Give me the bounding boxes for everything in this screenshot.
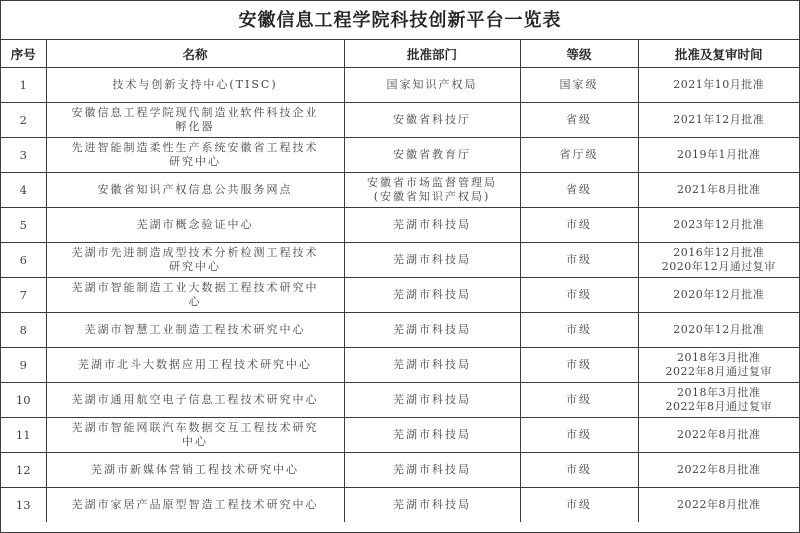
cell-dept: 芜湖市科技局 [344,488,520,523]
cell-level: 省级 [520,103,638,138]
cell-name-line: 中心 [49,435,342,449]
cell-level: 市级 [520,488,638,523]
cell-time: 2020年12月批准 [638,313,799,348]
cell-name-line: 先进智能制造柔性生产系统安徽省工程技术 [49,141,342,155]
cell-level: 市级 [520,418,638,453]
cell-dept-line: 芜湖市科技局 [347,218,518,232]
cell-dept: 芜湖市科技局 [344,453,520,488]
cell-dept-line: 芜湖市科技局 [347,288,518,302]
cell-name-line: 芜湖市新媒体营销工程技术研究中心 [49,463,342,477]
table-row: 4安徽省知识产权信息公共服务网点安徽省市场监督管理局(安徽省知识产权局)省级20… [1,173,799,208]
cell-time-line: 2022年8月批准 [641,498,798,512]
cell-name-line: 芜湖市先进制造成型技术分析检测工程技术 [49,246,342,260]
cell-dept: 芜湖市科技局 [344,313,520,348]
cell-time-line: 2016年12月批准 [641,246,798,260]
cell-time: 2019年1月批准 [638,138,799,173]
cell-no: 2 [1,103,46,138]
cell-name-line: 研究中心 [49,260,342,274]
cell-name-line: 安徽信息工程学院现代制造业软件科技企业 [49,106,342,120]
cell-level: 国家级 [520,68,638,103]
table-row: 2安徽信息工程学院现代制造业软件科技企业孵化器安徽省科技厅省级2021年12月批… [1,103,799,138]
cell-dept-line: 安徽省市场监督管理局 [347,176,518,190]
cell-no: 9 [1,348,46,383]
platform-table: 序号 名称 批准部门 等级 批准及复审时间 1技术与创新支持中心(TISC)国家… [1,40,799,522]
cell-dept-line: 安徽省教育厅 [347,148,518,162]
cell-time-line: 2018年3月批准 [641,386,798,400]
header-name: 名称 [46,40,344,68]
cell-dept-line: 安徽省科技厅 [347,113,518,127]
cell-name-line: 芜湖市家居产品原型智造工程技术研究中心 [49,498,342,512]
cell-name-line: 心 [49,295,342,309]
cell-level: 市级 [520,383,638,418]
header-dept: 批准部门 [344,40,520,68]
cell-name-line: 安徽省知识产权信息公共服务网点 [49,183,342,197]
platform-list-sheet: 安徽信息工程学院科技创新平台一览表 序号 名称 批准部门 等级 批准及复审时间 … [0,0,800,533]
cell-time-line: 2020年12月通过复审 [641,260,798,274]
table-row: 6芜湖市先进制造成型技术分析检测工程技术研究中心芜湖市科技局市级2016年12月… [1,243,799,278]
cell-time: 2022年8月批准 [638,488,799,523]
cell-time-line: 2021年10月批准 [641,78,798,92]
table-row: 5芜湖市概念验证中心芜湖市科技局市级2023年12月批准 [1,208,799,243]
cell-name: 芜湖市智慧工业制造工程技术研究中心 [46,313,344,348]
cell-level: 省级 [520,173,638,208]
cell-time: 2022年8月批准 [638,453,799,488]
table-row: 11芜湖市智能网联汽车数据交互工程技术研究中心芜湖市科技局市级2022年8月批准 [1,418,799,453]
cell-time: 2020年12月批准 [638,278,799,313]
cell-time-line: 2022年8月通过复审 [641,400,798,414]
cell-name: 芜湖市概念验证中心 [46,208,344,243]
cell-name: 安徽信息工程学院现代制造业软件科技企业孵化器 [46,103,344,138]
cell-dept-line: 芜湖市科技局 [347,358,518,372]
cell-dept-line: 国家知识产权局 [347,78,518,92]
table-row: 9芜湖市北斗大数据应用工程技术研究中心芜湖市科技局市级2018年3月批准2022… [1,348,799,383]
header-time: 批准及复审时间 [638,40,799,68]
cell-name: 芜湖市智能制造工业大数据工程技术研究中心 [46,278,344,313]
cell-name: 芜湖市通用航空电子信息工程技术研究中心 [46,383,344,418]
cell-name-line: 芜湖市智能制造工业大数据工程技术研究中 [49,281,342,295]
cell-dept: 芜湖市科技局 [344,278,520,313]
cell-time: 2022年8月批准 [638,418,799,453]
cell-name: 芜湖市家居产品原型智造工程技术研究中心 [46,488,344,523]
cell-dept: 国家知识产权局 [344,68,520,103]
cell-no: 1 [1,68,46,103]
cell-dept-line: 芜湖市科技局 [347,498,518,512]
cell-time: 2023年12月批准 [638,208,799,243]
cell-time: 2018年3月批准2022年8月通过复审 [638,383,799,418]
cell-level: 市级 [520,453,638,488]
cell-time-line: 2020年12月批准 [641,288,798,302]
cell-dept-line: (安徽省知识产权局) [347,190,518,204]
cell-no: 10 [1,383,46,418]
cell-no: 4 [1,173,46,208]
cell-name-line: 芜湖市概念验证中心 [49,218,342,232]
cell-dept-line: 芜湖市科技局 [347,393,518,407]
cell-time: 2016年12月批准2020年12月通过复审 [638,243,799,278]
cell-no: 13 [1,488,46,523]
cell-no: 6 [1,243,46,278]
cell-dept: 安徽省科技厅 [344,103,520,138]
cell-name: 技术与创新支持中心(TISC) [46,68,344,103]
table-row: 12芜湖市新媒体营销工程技术研究中心芜湖市科技局市级2022年8月批准 [1,453,799,488]
cell-time-line: 2019年1月批准 [641,148,798,162]
cell-dept: 芜湖市科技局 [344,383,520,418]
cell-no: 12 [1,453,46,488]
cell-dept: 安徽省教育厅 [344,138,520,173]
cell-time: 2021年8月批准 [638,173,799,208]
cell-name: 芜湖市北斗大数据应用工程技术研究中心 [46,348,344,383]
cell-level: 省厅级 [520,138,638,173]
table-row: 10芜湖市通用航空电子信息工程技术研究中心芜湖市科技局市级2018年3月批准20… [1,383,799,418]
cell-dept: 安徽省市场监督管理局(安徽省知识产权局) [344,173,520,208]
cell-name-line: 研究中心 [49,155,342,169]
cell-name-line: 芜湖市智能网联汽车数据交互工程技术研究 [49,421,342,435]
cell-time-line: 2022年8月通过复审 [641,365,798,379]
cell-dept-line: 芜湖市科技局 [347,428,518,442]
cell-time-line: 2022年8月批准 [641,428,798,442]
cell-time-line: 2018年3月批准 [641,351,798,365]
cell-time-line: 2021年8月批准 [641,183,798,197]
cell-time: 2021年10月批准 [638,68,799,103]
cell-dept: 芜湖市科技局 [344,208,520,243]
cell-name-line: 芜湖市通用航空电子信息工程技术研究中心 [49,393,342,407]
cell-dept-line: 芜湖市科技局 [347,463,518,477]
cell-no: 8 [1,313,46,348]
cell-dept: 芜湖市科技局 [344,243,520,278]
document-title: 安徽信息工程学院科技创新平台一览表 [1,1,799,40]
cell-dept: 芜湖市科技局 [344,418,520,453]
cell-no: 5 [1,208,46,243]
cell-name-line: 技术与创新支持中心(TISC) [49,78,342,92]
table-row: 3先进智能制造柔性生产系统安徽省工程技术研究中心安徽省教育厅省厅级2019年1月… [1,138,799,173]
cell-name-line: 孵化器 [49,120,342,134]
header-level: 等级 [520,40,638,68]
cell-level: 市级 [520,348,638,383]
cell-name: 芜湖市智能网联汽车数据交互工程技术研究中心 [46,418,344,453]
cell-dept-line: 芜湖市科技局 [347,323,518,337]
cell-level: 市级 [520,278,638,313]
table-row: 13芜湖市家居产品原型智造工程技术研究中心芜湖市科技局市级2022年8月批准 [1,488,799,523]
cell-name: 芜湖市先进制造成型技术分析检测工程技术研究中心 [46,243,344,278]
table-row: 7芜湖市智能制造工业大数据工程技术研究中心芜湖市科技局市级2020年12月批准 [1,278,799,313]
table-header-row: 序号 名称 批准部门 等级 批准及复审时间 [1,40,799,68]
cell-name: 先进智能制造柔性生产系统安徽省工程技术研究中心 [46,138,344,173]
cell-dept-line: 芜湖市科技局 [347,253,518,267]
cell-time-line: 2021年12月批准 [641,113,798,127]
cell-name-line: 芜湖市智慧工业制造工程技术研究中心 [49,323,342,337]
cell-name-line: 芜湖市北斗大数据应用工程技术研究中心 [49,358,342,372]
cell-time-line: 2022年8月批准 [641,463,798,477]
cell-time-line: 2023年12月批准 [641,218,798,232]
cell-no: 3 [1,138,46,173]
cell-level: 市级 [520,208,638,243]
cell-name: 芜湖市新媒体营销工程技术研究中心 [46,453,344,488]
cell-no: 7 [1,278,46,313]
cell-time: 2021年12月批准 [638,103,799,138]
cell-dept: 芜湖市科技局 [344,348,520,383]
cell-level: 市级 [520,243,638,278]
cell-name: 安徽省知识产权信息公共服务网点 [46,173,344,208]
table-row: 1技术与创新支持中心(TISC)国家知识产权局国家级2021年10月批准 [1,68,799,103]
cell-level: 市级 [520,313,638,348]
header-no: 序号 [1,40,46,68]
cell-no: 11 [1,418,46,453]
cell-time: 2018年3月批准2022年8月通过复审 [638,348,799,383]
cell-time-line: 2020年12月批准 [641,323,798,337]
table-row: 8芜湖市智慧工业制造工程技术研究中心芜湖市科技局市级2020年12月批准 [1,313,799,348]
